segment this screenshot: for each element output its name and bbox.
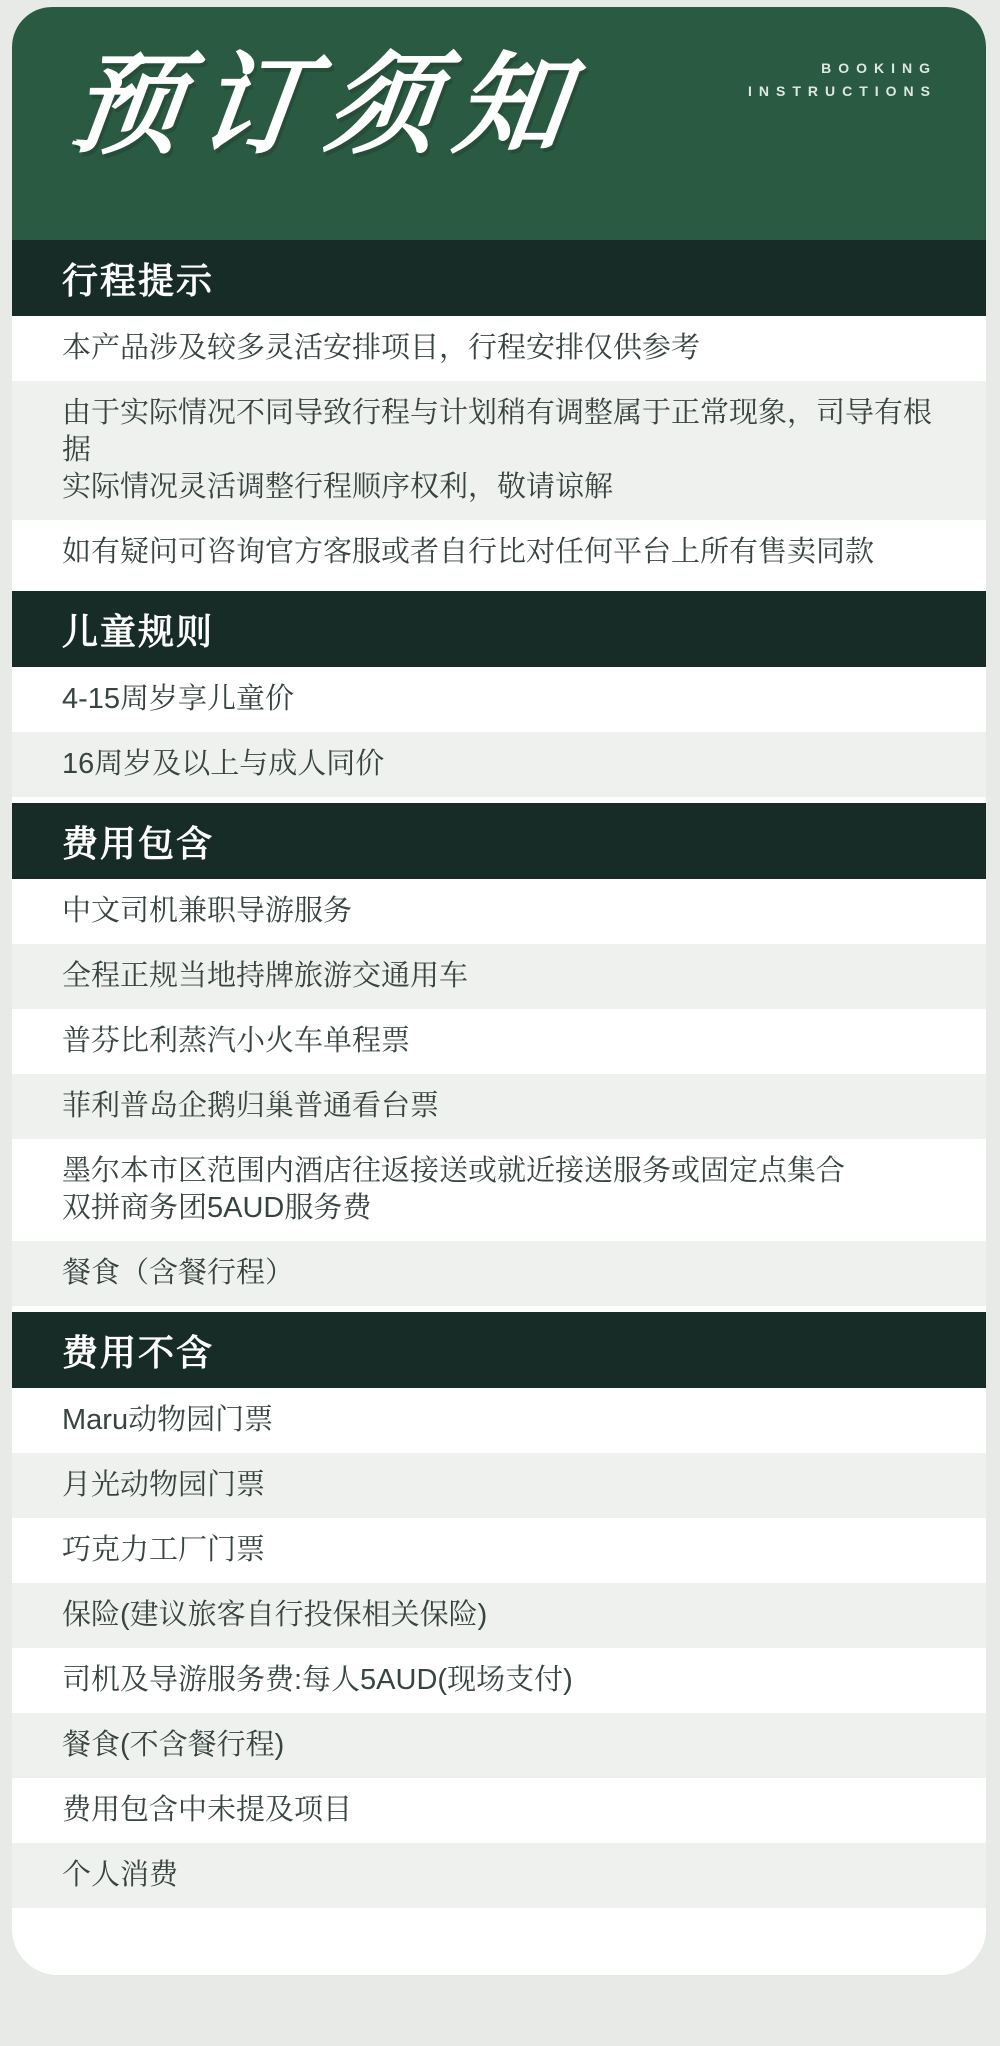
notice-row: 全程正规当地持牌旅游交通用车 <box>12 944 986 1009</box>
page-title: 预订须知 <box>64 45 591 166</box>
section-title: 费用包含 <box>62 816 214 867</box>
notice-row: 餐食(不含餐行程) <box>12 1713 986 1778</box>
section: 行程提示 本产品涉及较多灵活安排项目，行程安排仅供参考由于实际情况不同导致行程与… <box>12 240 986 585</box>
section-rows: 中文司机兼职导游服务全程正规当地持牌旅游交通用车普芬比利蒸汽小火车单程票菲利普岛… <box>12 879 986 1306</box>
section-rows: 4-15周岁享儿童价16周岁及以上与成人同价 <box>12 667 986 797</box>
notice-row: 本产品涉及较多灵活安排项目，行程安排仅供参考 <box>12 316 986 381</box>
notice-row: 菲利普岛企鹅归巢普通看台票 <box>12 1074 986 1139</box>
notice-row: 如有疑问可咨询官方客服或者自行比对任何平台上所有售卖同款 <box>12 520 986 585</box>
notice-row: 16周岁及以上与成人同价 <box>12 732 986 797</box>
notice-row: 月光动物园门票 <box>12 1453 986 1518</box>
section-title: 行程提示 <box>62 253 214 304</box>
page-subtitle-en: BOOKING INSTRUCTIONS <box>748 57 937 103</box>
notice-row: 巧克力工厂门票 <box>12 1518 986 1583</box>
section-rows: 本产品涉及较多灵活安排项目，行程安排仅供参考由于实际情况不同导致行程与计划稍有调… <box>12 316 986 585</box>
notice-row: 由于实际情况不同导致行程与计划稍有调整属于正常现象，司导有根据 实际情况灵活调整… <box>12 381 986 520</box>
notice-row: 保险(建议旅客自行投保相关保险) <box>12 1583 986 1648</box>
notice-row: Maru动物园门票 <box>12 1388 986 1453</box>
section-rows: Maru动物园门票月光动物园门票巧克力工厂门票保险(建议旅客自行投保相关保险)司… <box>12 1388 986 1908</box>
section-header-bar: 费用包含 <box>12 803 986 879</box>
notice-row: 中文司机兼职导游服务 <box>12 879 986 944</box>
notice-row: 司机及导游服务费:每人5AUD(现场支付) <box>12 1648 986 1713</box>
hero-header: 预订须知 BOOKING INSTRUCTIONS <box>12 7 986 240</box>
section-header-bar: 费用不含 <box>12 1312 986 1388</box>
notice-row: 墨尔本市区范围内酒店往返接送或就近接送服务或固定点集合 双拼商务团5AUD服务费 <box>12 1139 986 1241</box>
notice-row: 4-15周岁享儿童价 <box>12 667 986 732</box>
notice-row: 普芬比利蒸汽小火车单程票 <box>12 1009 986 1074</box>
section: 费用包含 中文司机兼职导游服务全程正规当地持牌旅游交通用车普芬比利蒸汽小火车单程… <box>12 803 986 1306</box>
section-title: 费用不含 <box>62 1325 214 1376</box>
card-bottom-padding <box>12 1908 986 1975</box>
notice-row: 餐食（含餐行程） <box>12 1241 986 1306</box>
section: 费用不含 Maru动物园门票月光动物园门票巧克力工厂门票保险(建议旅客自行投保相… <box>12 1312 986 1908</box>
booking-notice-card: 预订须知 BOOKING INSTRUCTIONS 行程提示 本产品涉及较多灵活… <box>12 7 986 1975</box>
notice-row: 个人消费 <box>12 1843 986 1908</box>
sections-container: 行程提示 本产品涉及较多灵活安排项目，行程安排仅供参考由于实际情况不同导致行程与… <box>12 240 986 1908</box>
notice-row: 费用包含中未提及项目 <box>12 1778 986 1843</box>
section: 儿童规则 4-15周岁享儿童价16周岁及以上与成人同价 <box>12 591 986 797</box>
section-header-bar: 儿童规则 <box>12 591 986 667</box>
section-title: 儿童规则 <box>62 604 214 655</box>
page-subtitle-line2: INSTRUCTIONS <box>748 80 937 103</box>
page-subtitle-line1: BOOKING <box>748 57 937 80</box>
section-header-bar: 行程提示 <box>12 240 986 316</box>
